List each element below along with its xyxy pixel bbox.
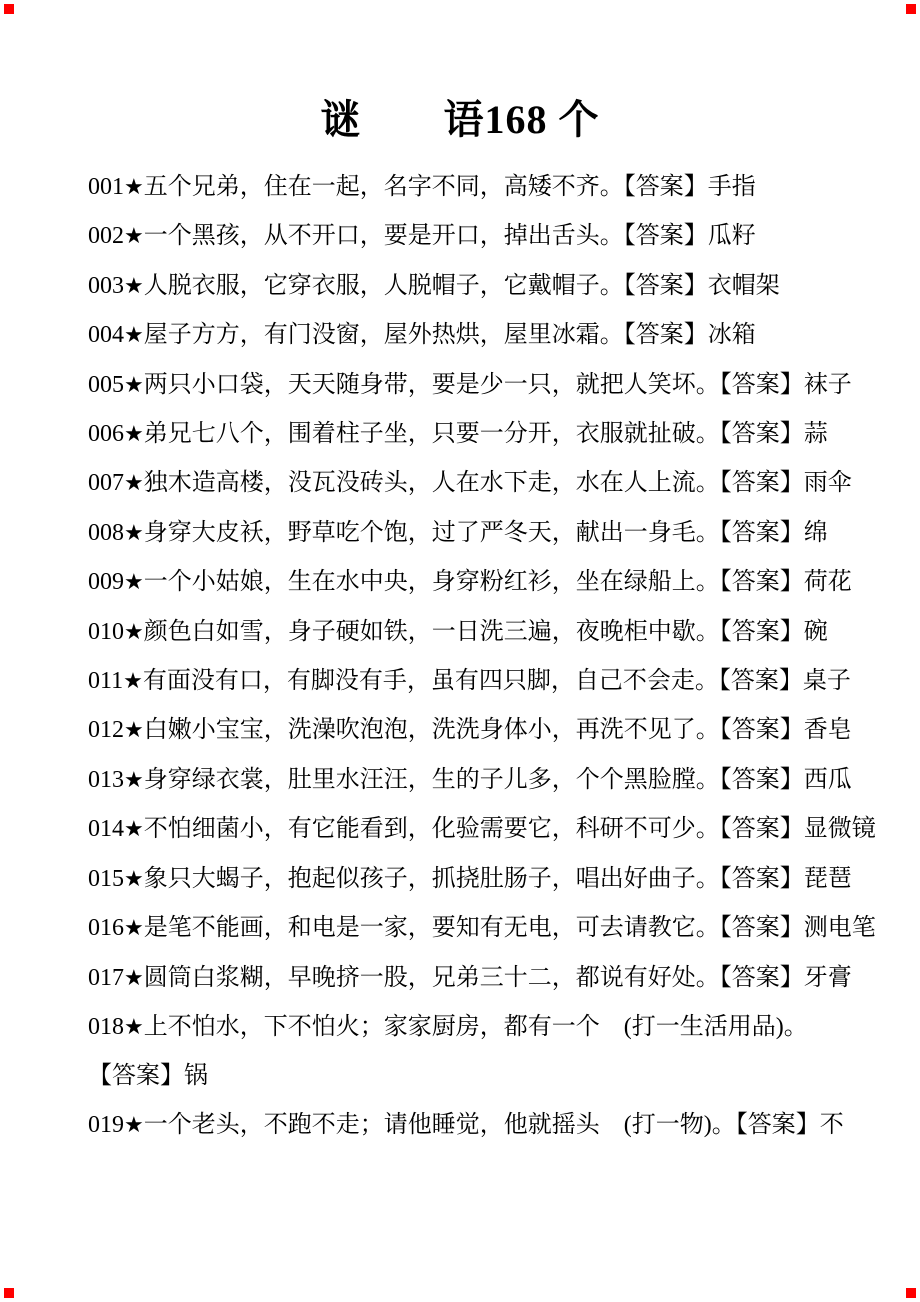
riddle-number: 001: [88, 174, 124, 200]
answer-label: 【答案】: [720, 470, 804, 496]
riddle-clue: 一个老头，不跑不走；请他睡觉，他就摇头 (打一物)。: [144, 1112, 736, 1138]
riddle-answer: 琵琶: [804, 866, 852, 892]
riddle-number: 004: [88, 322, 124, 348]
riddle-item: 018★上不怕水，下不怕火；家家厨房，都有一个 (打一生活用品)。【答案】锅: [88, 1003, 880, 1101]
riddle-clue: 白嫩小宝宝，洗澡吹泡泡，洗洗身体小，再洗不见了。: [144, 717, 720, 743]
star-icon: ★: [124, 768, 144, 793]
riddle-answer: 绵: [804, 520, 828, 546]
riddle-item: 015★象只大蝎子，抱起似孩子，抓挠肚肠子，唱出好曲子。【答案】琵琶: [88, 855, 880, 904]
star-icon: ★: [124, 620, 144, 645]
riddle-number: 006: [88, 421, 124, 447]
riddle-number: 002: [88, 223, 124, 249]
riddle-number: 011: [88, 668, 123, 694]
riddle-answer: 碗: [804, 619, 828, 645]
star-icon: ★: [124, 323, 144, 348]
star-icon: ★: [124, 867, 144, 892]
riddle-item: 010★颜色白如雪，身子硬如铁，一日洗三遍，夜晚柜中歇。【答案】碗: [88, 608, 880, 657]
riddle-answer: 蒜: [804, 421, 828, 447]
riddle-answer: 显微镜: [804, 816, 876, 842]
riddle-number: 008: [88, 520, 124, 546]
riddle-number: 005: [88, 372, 124, 398]
answer-label: 【答案】: [720, 520, 804, 546]
answer-label: 【答案】: [720, 965, 804, 991]
answer-label: 【答案】: [720, 866, 804, 892]
answer-label: 【答案】: [720, 569, 804, 595]
riddle-answer: 锅: [184, 1063, 208, 1089]
riddle-clue: 身穿绿衣裳，肚里水汪汪，生的子儿多，个个黑脸膛。: [144, 767, 720, 793]
corner-marker-top-left: [4, 4, 14, 14]
riddle-answer: 西瓜: [804, 767, 852, 793]
star-icon: ★: [124, 373, 144, 398]
riddle-clue: 颜色白如雪，身子硬如铁，一日洗三遍，夜晚柜中歇。: [144, 619, 720, 645]
answer-label: 【答案】: [720, 619, 804, 645]
riddle-clue: 两只小口袋，天天随身带，要是少一只，就把人笑坏。: [144, 372, 720, 398]
riddle-item: 013★身穿绿衣裳，肚里水汪汪，生的子儿多，个个黑脸膛。【答案】西瓜: [88, 756, 880, 805]
riddle-item: 011★有面没有口，有脚没有手，虽有四只脚，自己不会走。【答案】桌子: [88, 657, 880, 706]
riddle-answer: 瓜籽: [708, 223, 756, 249]
riddle-item: 009★一个小姑娘，生在水中央，身穿粉红衫，坐在绿船上。【答案】荷花: [88, 558, 880, 607]
star-icon: ★: [124, 224, 144, 249]
answer-label: 【答案】: [624, 273, 708, 299]
riddle-clue: 一个小姑娘，生在水中央，身穿粉红衫，坐在绿船上。: [144, 569, 720, 595]
riddle-answer: 荷花: [804, 569, 852, 595]
answer-label: 【答案】: [720, 767, 804, 793]
riddle-clue: 独木造高楼，没瓦没砖头，人在水下走，水在人上流。: [144, 470, 720, 496]
riddle-item: 006★弟兄七八个，围着柱子坐，只要一分开，衣服就扯破。【答案】蒜: [88, 410, 880, 459]
riddle-answer: 袜子: [804, 372, 852, 398]
answer-label: 【答案】: [624, 322, 708, 348]
riddle-number: 014: [88, 816, 124, 842]
riddle-answer: 桌子: [803, 668, 851, 694]
riddle-item: 004★屋子方方，有门没窗，屋外热烘，屋里冰霜。【答案】冰箱: [88, 311, 880, 360]
corner-marker-bottom-right: [906, 1288, 916, 1298]
riddle-item: 014★不怕细菌小，有它能看到，化验需要它，科研不可少。【答案】显微镜: [88, 805, 880, 854]
riddle-number: 010: [88, 619, 124, 645]
star-icon: ★: [124, 817, 144, 842]
riddle-answer: 衣帽架: [708, 273, 780, 299]
riddle-clue: 有面没有口，有脚没有手，虽有四只脚，自己不会走。: [143, 668, 719, 694]
riddle-item: 007★独木造高楼，没瓦没砖头，人在水下走，水在人上流。【答案】雨伞: [88, 459, 880, 508]
riddle-number: 007: [88, 470, 124, 496]
riddle-clue: 不怕细菌小，有它能看到，化验需要它，科研不可少。: [144, 816, 720, 842]
corner-marker-bottom-left: [4, 1288, 14, 1298]
answer-label: 【答案】: [720, 915, 804, 941]
riddle-item: 001★五个兄弟，住在一起，名字不同，高矮不齐。【答案】手指: [88, 163, 880, 212]
answer-label: 【答案】: [720, 717, 804, 743]
riddle-clue: 是笔不能画，和电是一家，要知有无电，可去请教它。: [144, 915, 720, 941]
riddle-answer: 雨伞: [804, 470, 852, 496]
riddle-clue: 上不怕水，下不怕火；家家厨房，都有一个 (打一生活用品)。: [144, 1014, 808, 1040]
star-icon: ★: [124, 570, 144, 595]
riddle-number: 019: [88, 1112, 124, 1138]
answer-label: 【答案】: [720, 372, 804, 398]
riddle-clue: 人脱衣服，它穿衣服，人脱帽子，它戴帽子。: [144, 273, 624, 299]
answer-label: 【答案】: [720, 421, 804, 447]
riddle-answer: 手指: [708, 174, 756, 200]
riddle-answer: 香皂: [804, 717, 852, 743]
star-icon: ★: [124, 718, 144, 743]
riddle-item: 012★白嫩小宝宝，洗澡吹泡泡，洗洗身体小，再洗不见了。【答案】香皂: [88, 706, 880, 755]
answer-label: 【答案】: [719, 668, 803, 694]
riddle-clue: 象只大蝎子，抱起似孩子，抓挠肚肠子，唱出好曲子。: [144, 866, 720, 892]
page-title: 谜 语168 个: [0, 94, 920, 146]
riddle-clue: 圆筒白浆糊，早晚挤一股，兄弟三十二，都说有好处。: [144, 965, 720, 991]
riddle-item: 019★一个老头，不跑不走；请他睡觉，他就摇头 (打一物)。【答案】不: [88, 1101, 880, 1150]
riddle-list: 001★五个兄弟，住在一起，名字不同，高矮不齐。【答案】手指 002★一个黑孩，…: [88, 163, 880, 1150]
star-icon: ★: [124, 274, 144, 299]
star-icon: ★: [124, 1015, 144, 1040]
riddle-item: 003★人脱衣服，它穿衣服，人脱帽子，它戴帽子。【答案】衣帽架: [88, 262, 880, 311]
star-icon: ★: [124, 1113, 144, 1138]
riddle-clue: 屋子方方，有门没窗，屋外热烘，屋里冰霜。: [144, 322, 624, 348]
answer-label: 【答案】: [720, 816, 804, 842]
riddle-item: 002★一个黑孩，从不开口，要是开口，掉出舌头。【答案】瓜籽: [88, 212, 880, 261]
riddle-item: 016★是笔不能画，和电是一家，要知有无电，可去请教它。【答案】测电笔: [88, 904, 880, 953]
riddle-clue: 五个兄弟，住在一起，名字不同，高矮不齐。: [144, 174, 624, 200]
star-icon: ★: [124, 422, 144, 447]
answer-label: 【答案】: [624, 223, 708, 249]
riddle-number: 003: [88, 273, 124, 299]
riddle-number: 012: [88, 717, 124, 743]
riddle-number: 015: [88, 866, 124, 892]
riddle-clue: 弟兄七八个，围着柱子坐，只要一分开，衣服就扯破。: [144, 421, 720, 447]
answer-label: 【答案】: [624, 174, 708, 200]
answer-label: 【答案】: [736, 1112, 820, 1138]
riddle-item: 017★圆筒白浆糊，早晚挤一股，兄弟三十二，都说有好处。【答案】牙膏: [88, 954, 880, 1003]
riddle-clue: 一个黑孩，从不开口，要是开口，掉出舌头。: [144, 223, 624, 249]
riddle-answer: 冰箱: [708, 322, 756, 348]
riddle-number: 017: [88, 965, 124, 991]
riddle-number: 009: [88, 569, 124, 595]
riddle-answer: 不: [820, 1112, 844, 1138]
document-page: 谜 语168 个 001★五个兄弟，住在一起，名字不同，高矮不齐。【答案】手指 …: [0, 0, 920, 1302]
star-icon: ★: [124, 175, 144, 200]
riddle-number: 013: [88, 767, 124, 793]
riddle-item: 008★身穿大皮袄，野草吃个饱，过了严冬天，献出一身毛。【答案】绵: [88, 509, 880, 558]
corner-marker-top-right: [906, 4, 916, 14]
star-icon: ★: [123, 669, 143, 694]
riddle-item: 005★两只小口袋，天天随身带，要是少一只，就把人笑坏。【答案】袜子: [88, 361, 880, 410]
riddle-answer: 测电笔: [804, 915, 876, 941]
riddle-answer: 牙膏: [804, 965, 852, 991]
star-icon: ★: [124, 966, 144, 991]
riddle-number: 016: [88, 915, 124, 941]
riddle-clue: 身穿大皮袄，野草吃个饱，过了严冬天，献出一身毛。: [144, 520, 720, 546]
star-icon: ★: [124, 471, 144, 496]
answer-label: 【答案】: [88, 1063, 184, 1089]
riddle-number: 018: [88, 1014, 124, 1040]
star-icon: ★: [124, 521, 144, 546]
star-icon: ★: [124, 916, 144, 941]
